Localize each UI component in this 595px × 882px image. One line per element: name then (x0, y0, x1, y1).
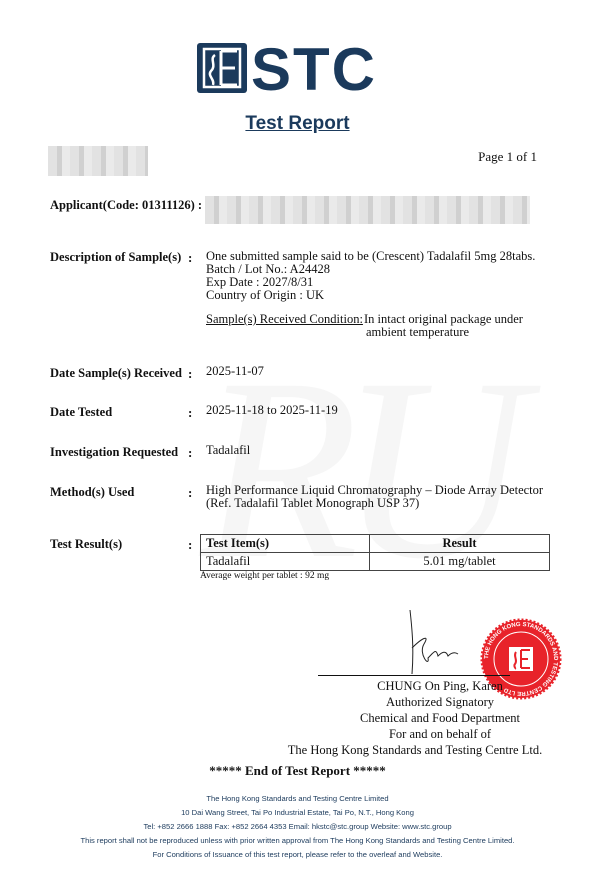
description-label: Description of Sample(s) (50, 250, 181, 265)
signatory-department: Chemical and Food Department (290, 710, 590, 726)
method-value: High Performance Liquid Chromatography –… (206, 484, 543, 510)
colon: : (188, 366, 192, 382)
company-line: The Hong Kong Standards and Testing Cent… (240, 742, 590, 758)
origin-line: Country of Origin : UK (206, 289, 535, 302)
colon: : (188, 485, 192, 501)
method-label: Method(s) Used (50, 485, 134, 500)
signature (400, 608, 460, 678)
footer-contact: Tel: +852 2666 1888 Fax: +852 2664 4353 … (0, 820, 595, 834)
page-indicator: Page 1 of 1 (478, 149, 537, 165)
result-label: Test Result(s) (50, 537, 122, 552)
applicant-label: Applicant(Code: 01311126) : (50, 198, 202, 213)
cell-test-item: Tadalafil (201, 553, 370, 571)
colon: : (188, 537, 192, 553)
footer-company: The Hong Kong Standards and Testing Cent… (0, 792, 595, 806)
header-test-item: Test Item(s) (201, 535, 370, 553)
colon: : (188, 445, 192, 461)
average-weight-note: Average weight per tablet : 92 mg (200, 571, 550, 581)
method-ref-line: (Ref. Tadalafil Tablet Monograph USP 37) (206, 497, 543, 510)
cell-result: 5.01 mg/tablet (370, 553, 550, 571)
condition-value: In intact original package under ambient… (364, 313, 523, 339)
footer-disclaimer: This report shall not be reproduced unle… (0, 834, 595, 848)
svg-text:STC: STC (251, 43, 377, 95)
investigation-label: Investigation Requested (50, 445, 178, 460)
results-table-wrap: Test Item(s) Result Tadalafil 5.01 mg/ta… (200, 534, 550, 581)
table-header-row: Test Item(s) Result (201, 535, 550, 553)
redacted-reference (48, 146, 148, 176)
condition-line: ambient temperature (364, 326, 523, 339)
condition-label: Sample(s) Received Condition: (206, 313, 363, 326)
colon: : (188, 250, 192, 266)
date-received-label: Date Sample(s) Received (50, 366, 182, 381)
end-of-report: ***** End of Test Report ***** (0, 763, 595, 779)
footer-conditions: For Conditions of Issuance of this test … (0, 848, 595, 862)
footer-address: 10 Dai Wang Street, Tai Po Industrial Es… (0, 806, 595, 820)
report-title: Test Report (0, 113, 595, 135)
colon: : (188, 405, 192, 421)
signatory-block: CHUNG On Ping, Karen Authorized Signator… (290, 678, 590, 758)
signature-line (318, 675, 510, 676)
date-tested-value: 2025-11-18 to 2025-11-19 (206, 404, 338, 417)
table-row: Tadalafil 5.01 mg/tablet (201, 553, 550, 571)
description-value: One submitted sample said to be (Crescen… (206, 250, 535, 302)
footer: The Hong Kong Standards and Testing Cent… (0, 792, 595, 862)
behalf-line: For and on behalf of (290, 726, 590, 742)
date-tested-label: Date Tested (50, 405, 112, 420)
results-table: Test Item(s) Result Tadalafil 5.01 mg/ta… (200, 534, 550, 571)
stc-logo: STC (197, 43, 392, 95)
redacted-applicant (205, 196, 530, 224)
date-received-value: 2025-11-07 (206, 365, 264, 378)
signatory-name: CHUNG On Ping, Karen (290, 678, 590, 694)
investigation-value: Tadalafil (206, 444, 250, 457)
header-result: Result (370, 535, 550, 553)
signatory-title: Authorized Signatory (290, 694, 590, 710)
